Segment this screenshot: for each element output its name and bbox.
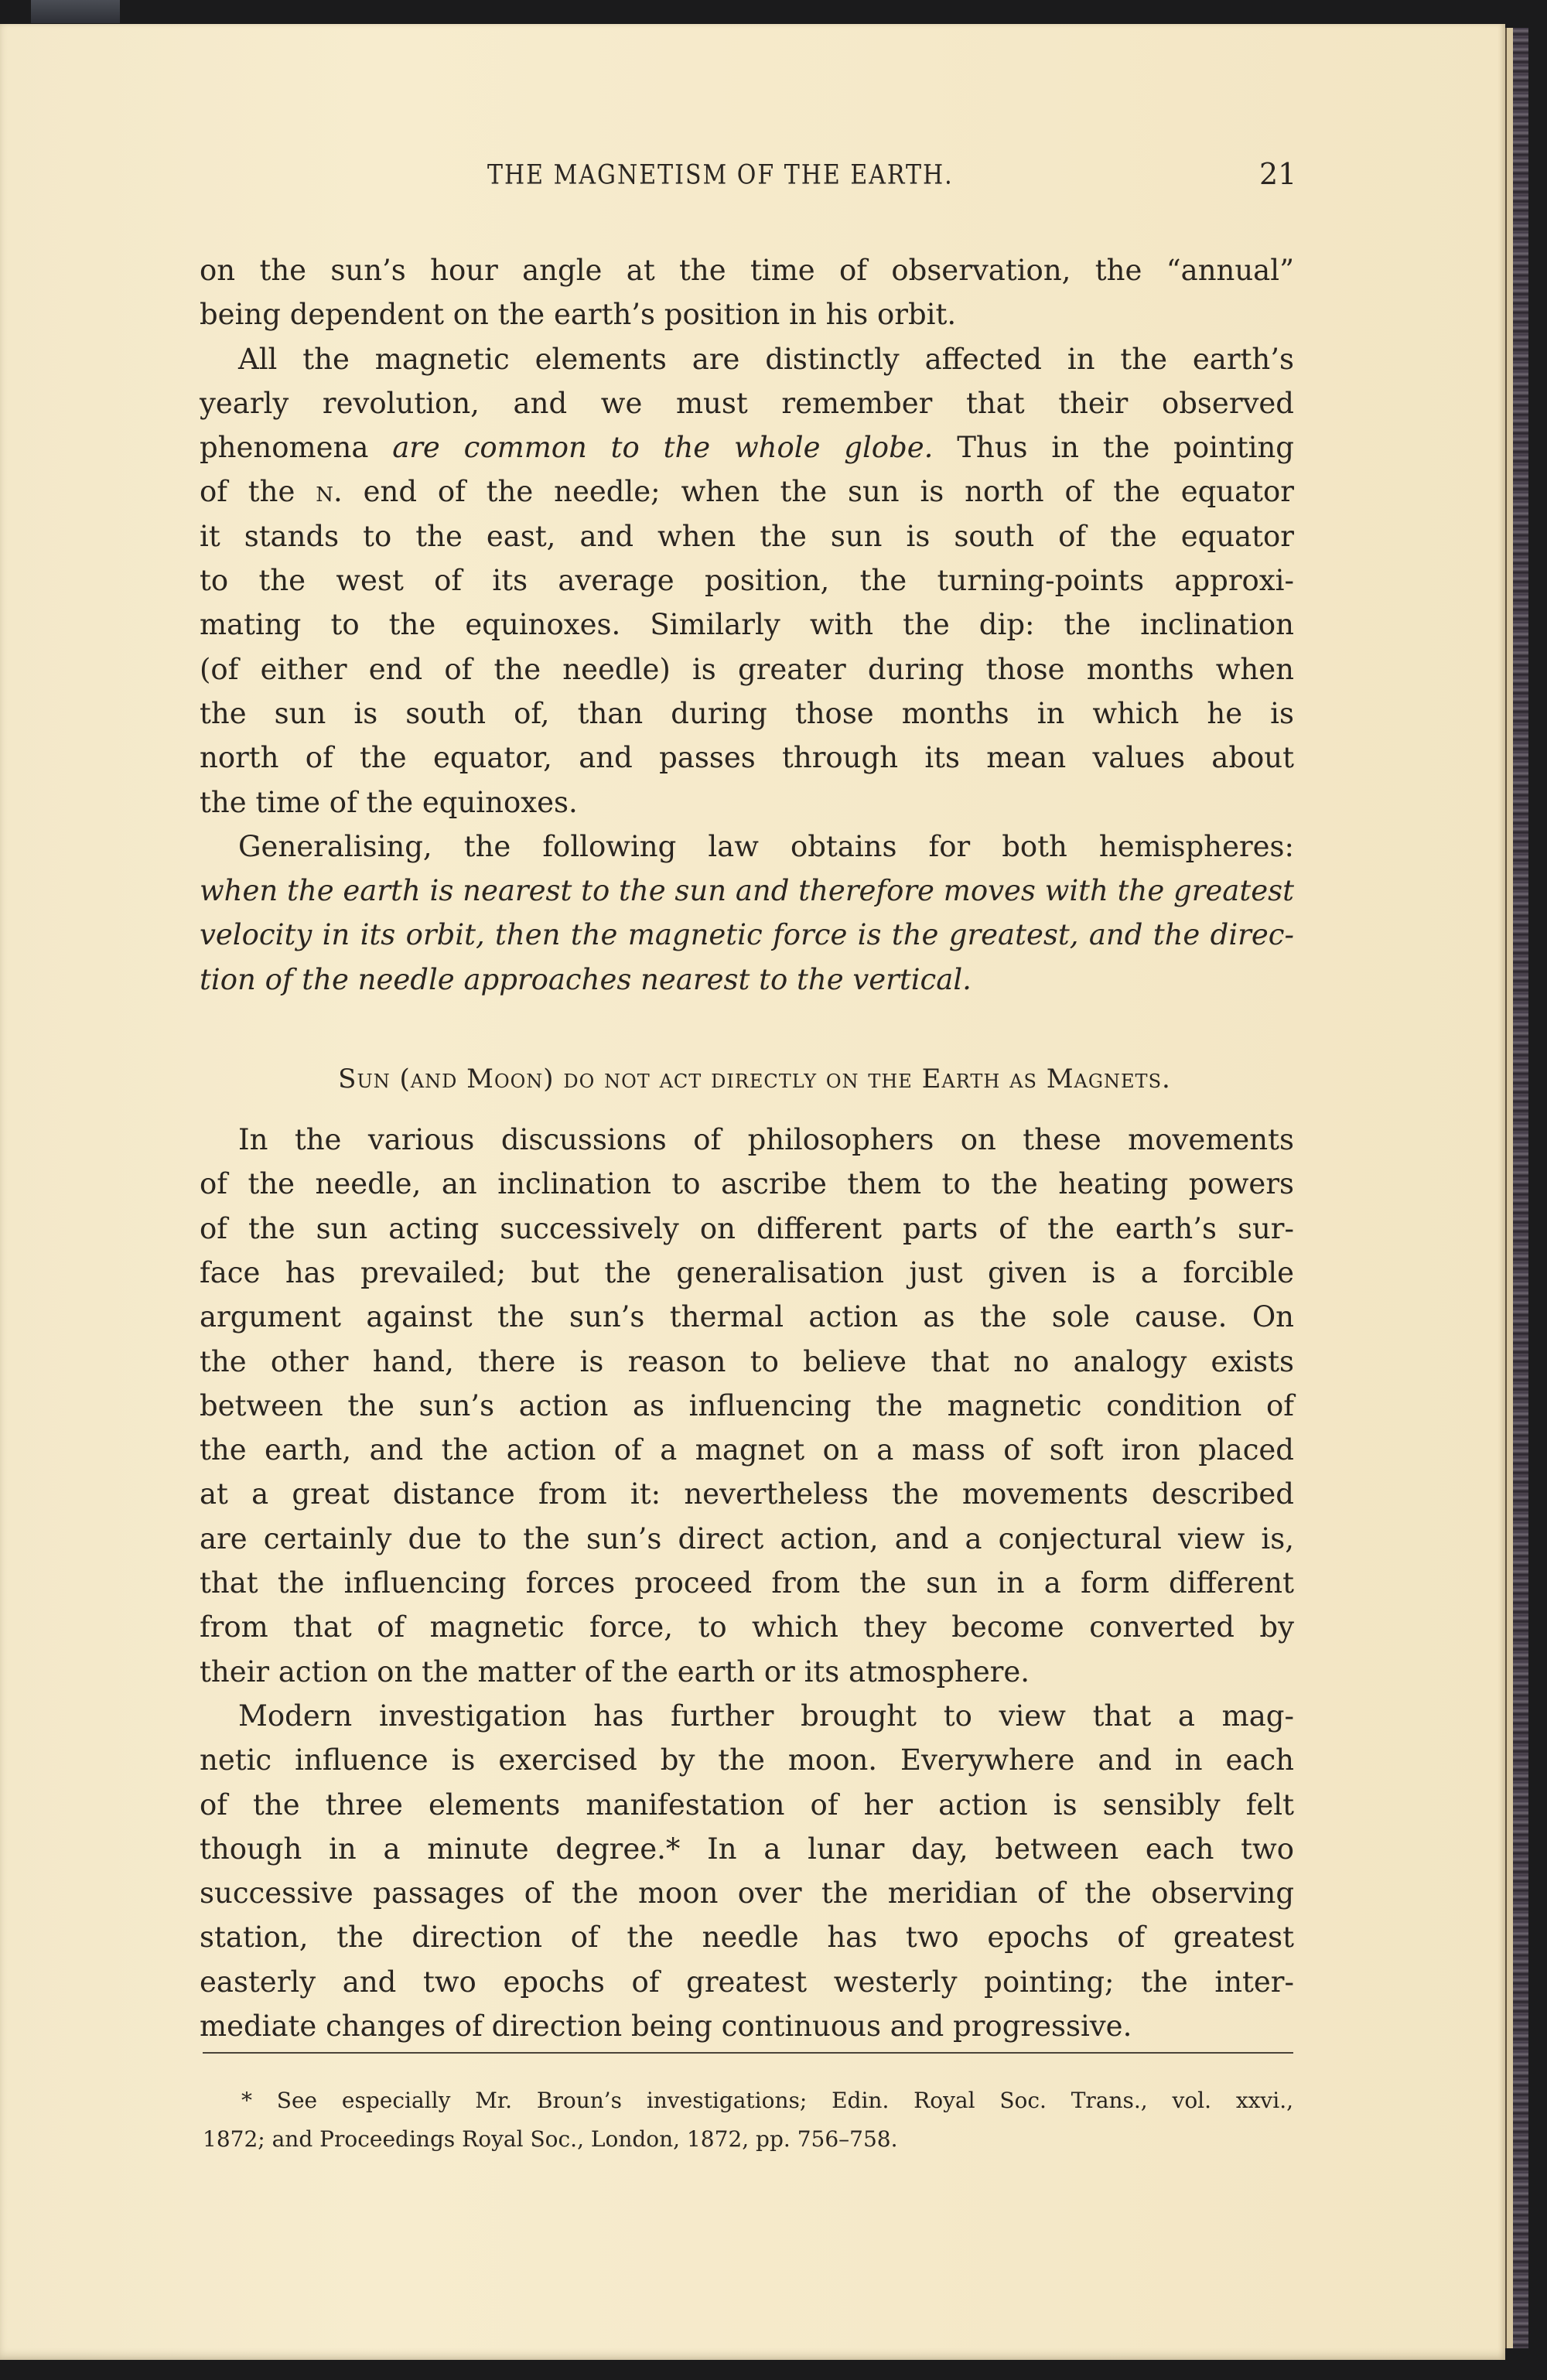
text-line: All the magnetic elements are distinctly… <box>200 337 1294 381</box>
book-page: THE MAGNETISM OF THE EARTH. 21 on the su… <box>0 24 1505 2360</box>
text-line: the other hand, there is reason to belie… <box>200 1340 1294 1384</box>
footnote-line: 1872; and Proceedings Royal Soc., London… <box>203 2120 1293 2159</box>
text-line: it stands to the east, and when the sun … <box>200 514 1294 558</box>
text-line: mating to the equinoxes. Similarly with … <box>200 603 1294 647</box>
text-line: of the sun acting successively on differ… <box>200 1207 1294 1251</box>
text-run: of the <box>200 475 316 508</box>
paragraph-2: All the magnetic elements are distinctly… <box>200 337 1294 825</box>
text-line: the sun is south of, than during those m… <box>200 691 1294 736</box>
text-line: from that of magnetic force, to which th… <box>200 1605 1294 1649</box>
book-cover-edge <box>1513 28 1528 2348</box>
text-line: Generalising, the following law obtains … <box>200 825 1294 869</box>
italic-law-line: velocity in its orbit, then the magnetic… <box>200 913 1294 957</box>
text-line: the time of the equinoxes. <box>200 780 1294 825</box>
text-line: north of the equator, and passes through… <box>200 736 1294 780</box>
text-line: being dependent on the earth’s position … <box>200 292 1294 336</box>
text-line: easterly and two epochs of greatest west… <box>200 1960 1294 2004</box>
small-caps-text: n. <box>316 475 343 508</box>
text-line: at a great distance from it: nevertheles… <box>200 1472 1294 1516</box>
running-head: THE MAGNETISM OF THE EARTH. 21 <box>0 162 1505 200</box>
italic-law-line: when the earth is nearest to the sun and… <box>200 869 1294 913</box>
section-heading: Sun (and Moon) do not act directly on th… <box>200 1056 1294 1102</box>
text-line: to the west of its average position, the… <box>200 558 1294 603</box>
body-text: on the sun’s hour angle at the time of o… <box>200 248 1294 2048</box>
text-line: face has prevailed; but the generalisati… <box>200 1251 1294 1295</box>
text-line: successive passages of the moon over the… <box>200 1871 1294 1915</box>
emphasis-text: are common to the whole globe. <box>392 431 933 464</box>
spacer <box>200 1102 1294 1118</box>
italic-law-line: tion of the needle approaches nearest to… <box>200 958 1294 1002</box>
text-line: phenomena are common to the whole globe.… <box>200 425 1294 470</box>
text-line: on the sun’s hour angle at the time of o… <box>200 248 1294 292</box>
text-line: yearly revolution, and we must remember … <box>200 381 1294 425</box>
paragraph-1: on the sun’s hour angle at the time of o… <box>200 248 1294 337</box>
book-cover-corner <box>31 0 120 23</box>
footnote-divider <box>203 2052 1293 2054</box>
text-line: of the three elements manifestation of h… <box>200 1783 1294 1827</box>
paragraph-4: In the various discussions of philosophe… <box>200 1118 1294 1694</box>
paragraph-3: Generalising, the following law obtains … <box>200 825 1294 1002</box>
text-line: Modern investigation has further brought… <box>200 1694 1294 1738</box>
text-line: their action on the matter of the earth … <box>200 1650 1294 1694</box>
text-line: of the needle, an inclination to ascribe… <box>200 1162 1294 1206</box>
paragraph-5: Modern investigation has further brought… <box>200 1694 1294 2048</box>
spacer <box>200 1002 1294 1056</box>
text-line: In the various discussions of philosophe… <box>200 1118 1294 1162</box>
page-number: 21 <box>1259 157 1296 191</box>
text-line: netic influence is exercised by the moon… <box>200 1738 1294 1782</box>
text-line: (of either end of the needle) is greater… <box>200 647 1294 691</box>
running-title: THE MAGNETISM OF THE EARTH. <box>487 159 954 190</box>
text-line: between the sun’s action as influencing … <box>200 1384 1294 1428</box>
text-run: Thus in the pointing <box>933 431 1294 464</box>
text-line: the earth, and the action of a magnet on… <box>200 1428 1294 1472</box>
text-run: phenomena <box>200 431 392 464</box>
text-line: are certainly due to the sun’s direct ac… <box>200 1517 1294 1561</box>
text-line: that the influencing forces proceed from… <box>200 1561 1294 1605</box>
text-line: of the n. end of the needle; when the su… <box>200 470 1294 514</box>
footnote: * See especially Mr. Broun’s investigati… <box>203 2081 1293 2159</box>
text-line: station, the direction of the needle has… <box>200 1915 1294 1959</box>
text-line: though in a minute degree.* In a lunar d… <box>200 1827 1294 1871</box>
text-line: mediate changes of direction being conti… <box>200 2004 1294 2048</box>
text-line: argument against the sun’s thermal actio… <box>200 1295 1294 1339</box>
footnote-line: * See especially Mr. Broun’s investigati… <box>203 2081 1293 2120</box>
text-run: end of the needle; when the sun is north… <box>343 475 1294 508</box>
